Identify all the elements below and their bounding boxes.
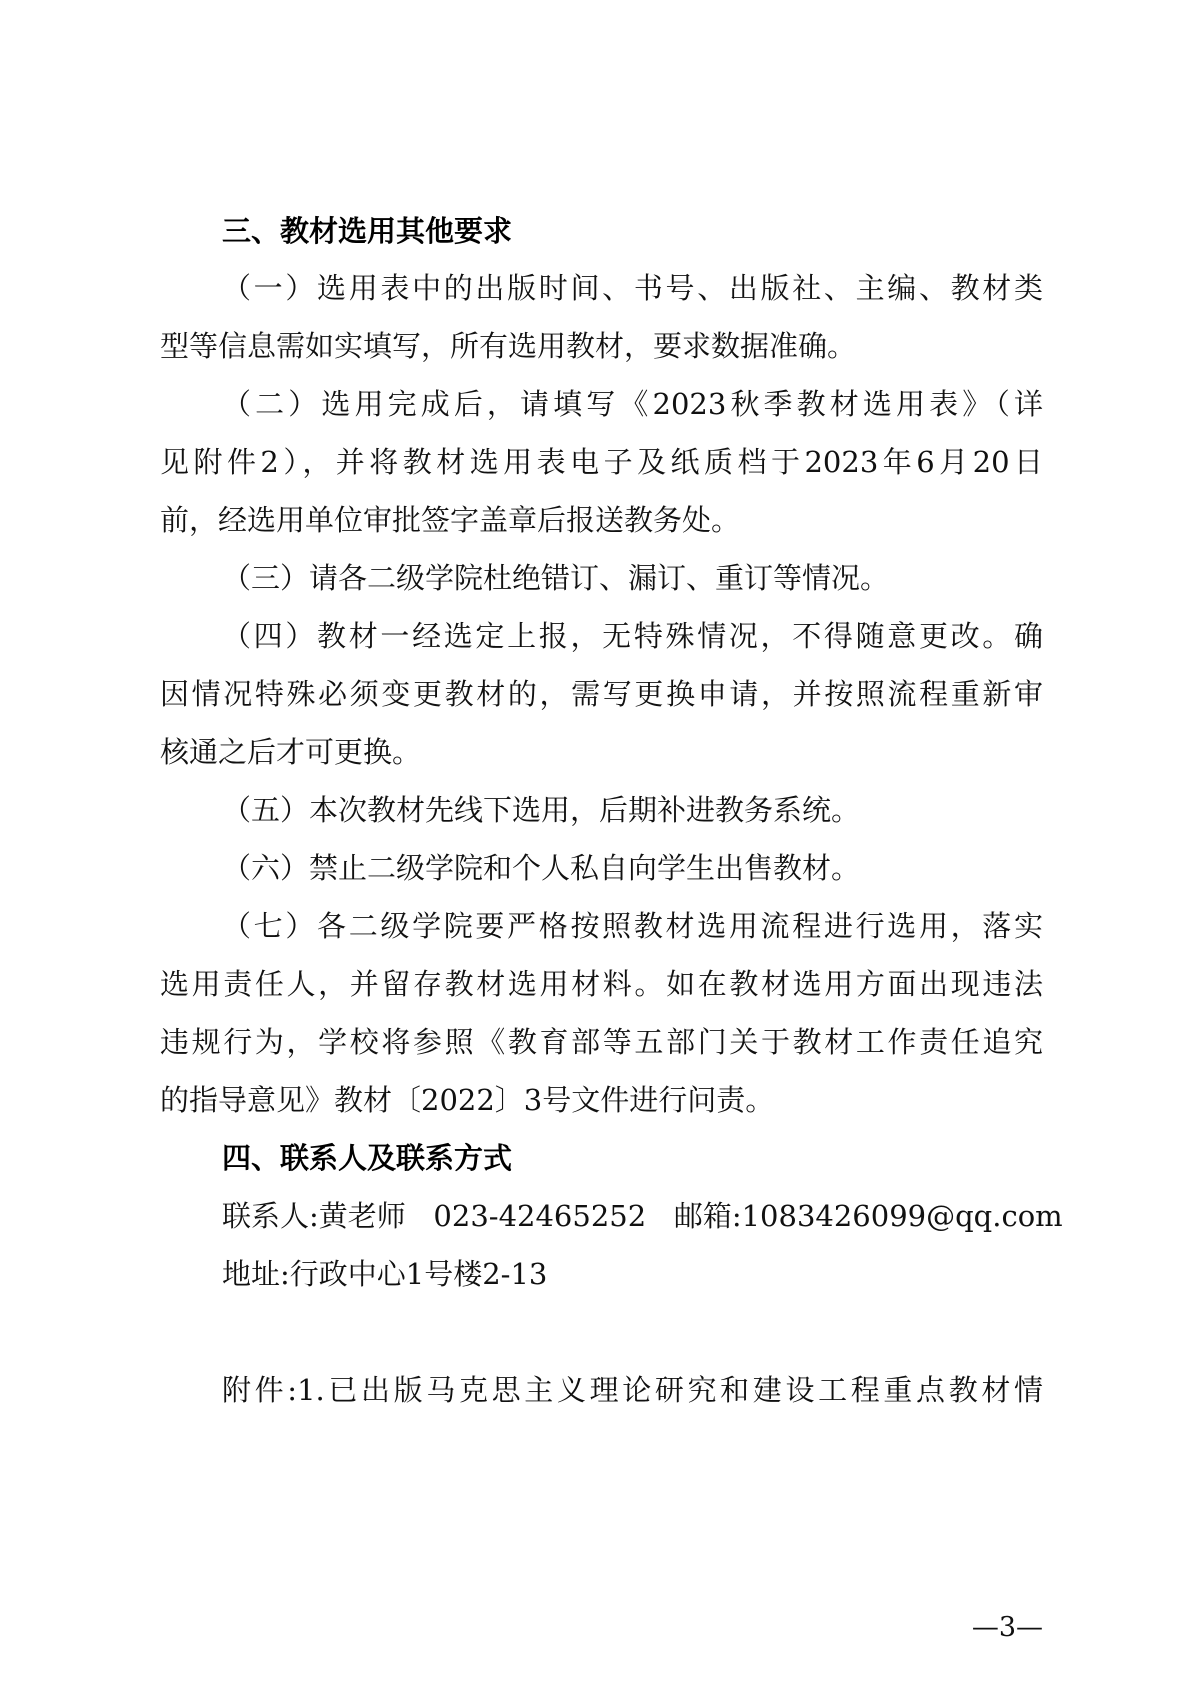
address-line: 地址:行政中心1号楼2-13 (222, 1254, 1043, 1294)
section-3-heading: 三、教材选用其他要求 (222, 211, 512, 251)
paragraph-line: 因情况特殊必须变更教材的，需写更换申请，并按照流程重新审 (160, 674, 1043, 714)
paragraph-line: （二）选用完成后，请填写《2023秋季教材选用表》（详 (222, 384, 1043, 424)
paragraph-line: 见附件2），并将教材选用表电子及纸质档于2023年6月20日 (160, 442, 1043, 482)
paragraph-line: 核通之后才可更换。 (160, 732, 1043, 772)
page-number: —3— (972, 1608, 1043, 1648)
contact-line: 联系人:黄老师 023-42465252 邮箱:1083426099@qq.co… (222, 1196, 1043, 1236)
section-4-heading: 四、联系人及联系方式 (222, 1138, 512, 1178)
paragraph-line: （七）各二级学院要严格按照教材选用流程进行选用，落实 (222, 906, 1043, 946)
paragraph-line: 选用责任人，并留存教材选用材料。如在教材选用方面出现违法 (160, 964, 1043, 1004)
paragraph-line: 违规行为，学校将参照《教育部等五部门关于教材工作责任追究 (160, 1022, 1043, 1062)
paragraph-line: （一）选用表中的出版时间、书号、出版社、主编、教材类 (222, 268, 1043, 308)
attachment-line: 附件:1.已出版马克思主义理论研究和建设工程重点教材情 (222, 1370, 1043, 1410)
paragraph-line: 型等信息需如实填写，所有选用教材，要求数据准确。 (160, 326, 1043, 366)
paragraph-line: （六）禁止二级学院和个人私自向学生出售教材。 (222, 848, 1043, 888)
paragraph-line: 的指导意见》教材〔2022〕3号文件进行问责。 (160, 1080, 1043, 1120)
paragraph-line: 前，经选用单位审批签字盖章后报送教务处。 (160, 500, 1043, 540)
paragraph-line: （五）本次教材先线下选用，后期补进教务系统。 (222, 790, 1043, 830)
paragraph-line: （三）请各二级学院杜绝错订、漏订、重订等情况。 (222, 558, 1043, 598)
document-page: 三、教材选用其他要求 （一）选用表中的出版时间、书号、出版社、主编、教材类 型等… (0, 0, 1191, 1684)
paragraph-line: （四）教材一经选定上报，无特殊情况，不得随意更改。确 (222, 616, 1043, 656)
